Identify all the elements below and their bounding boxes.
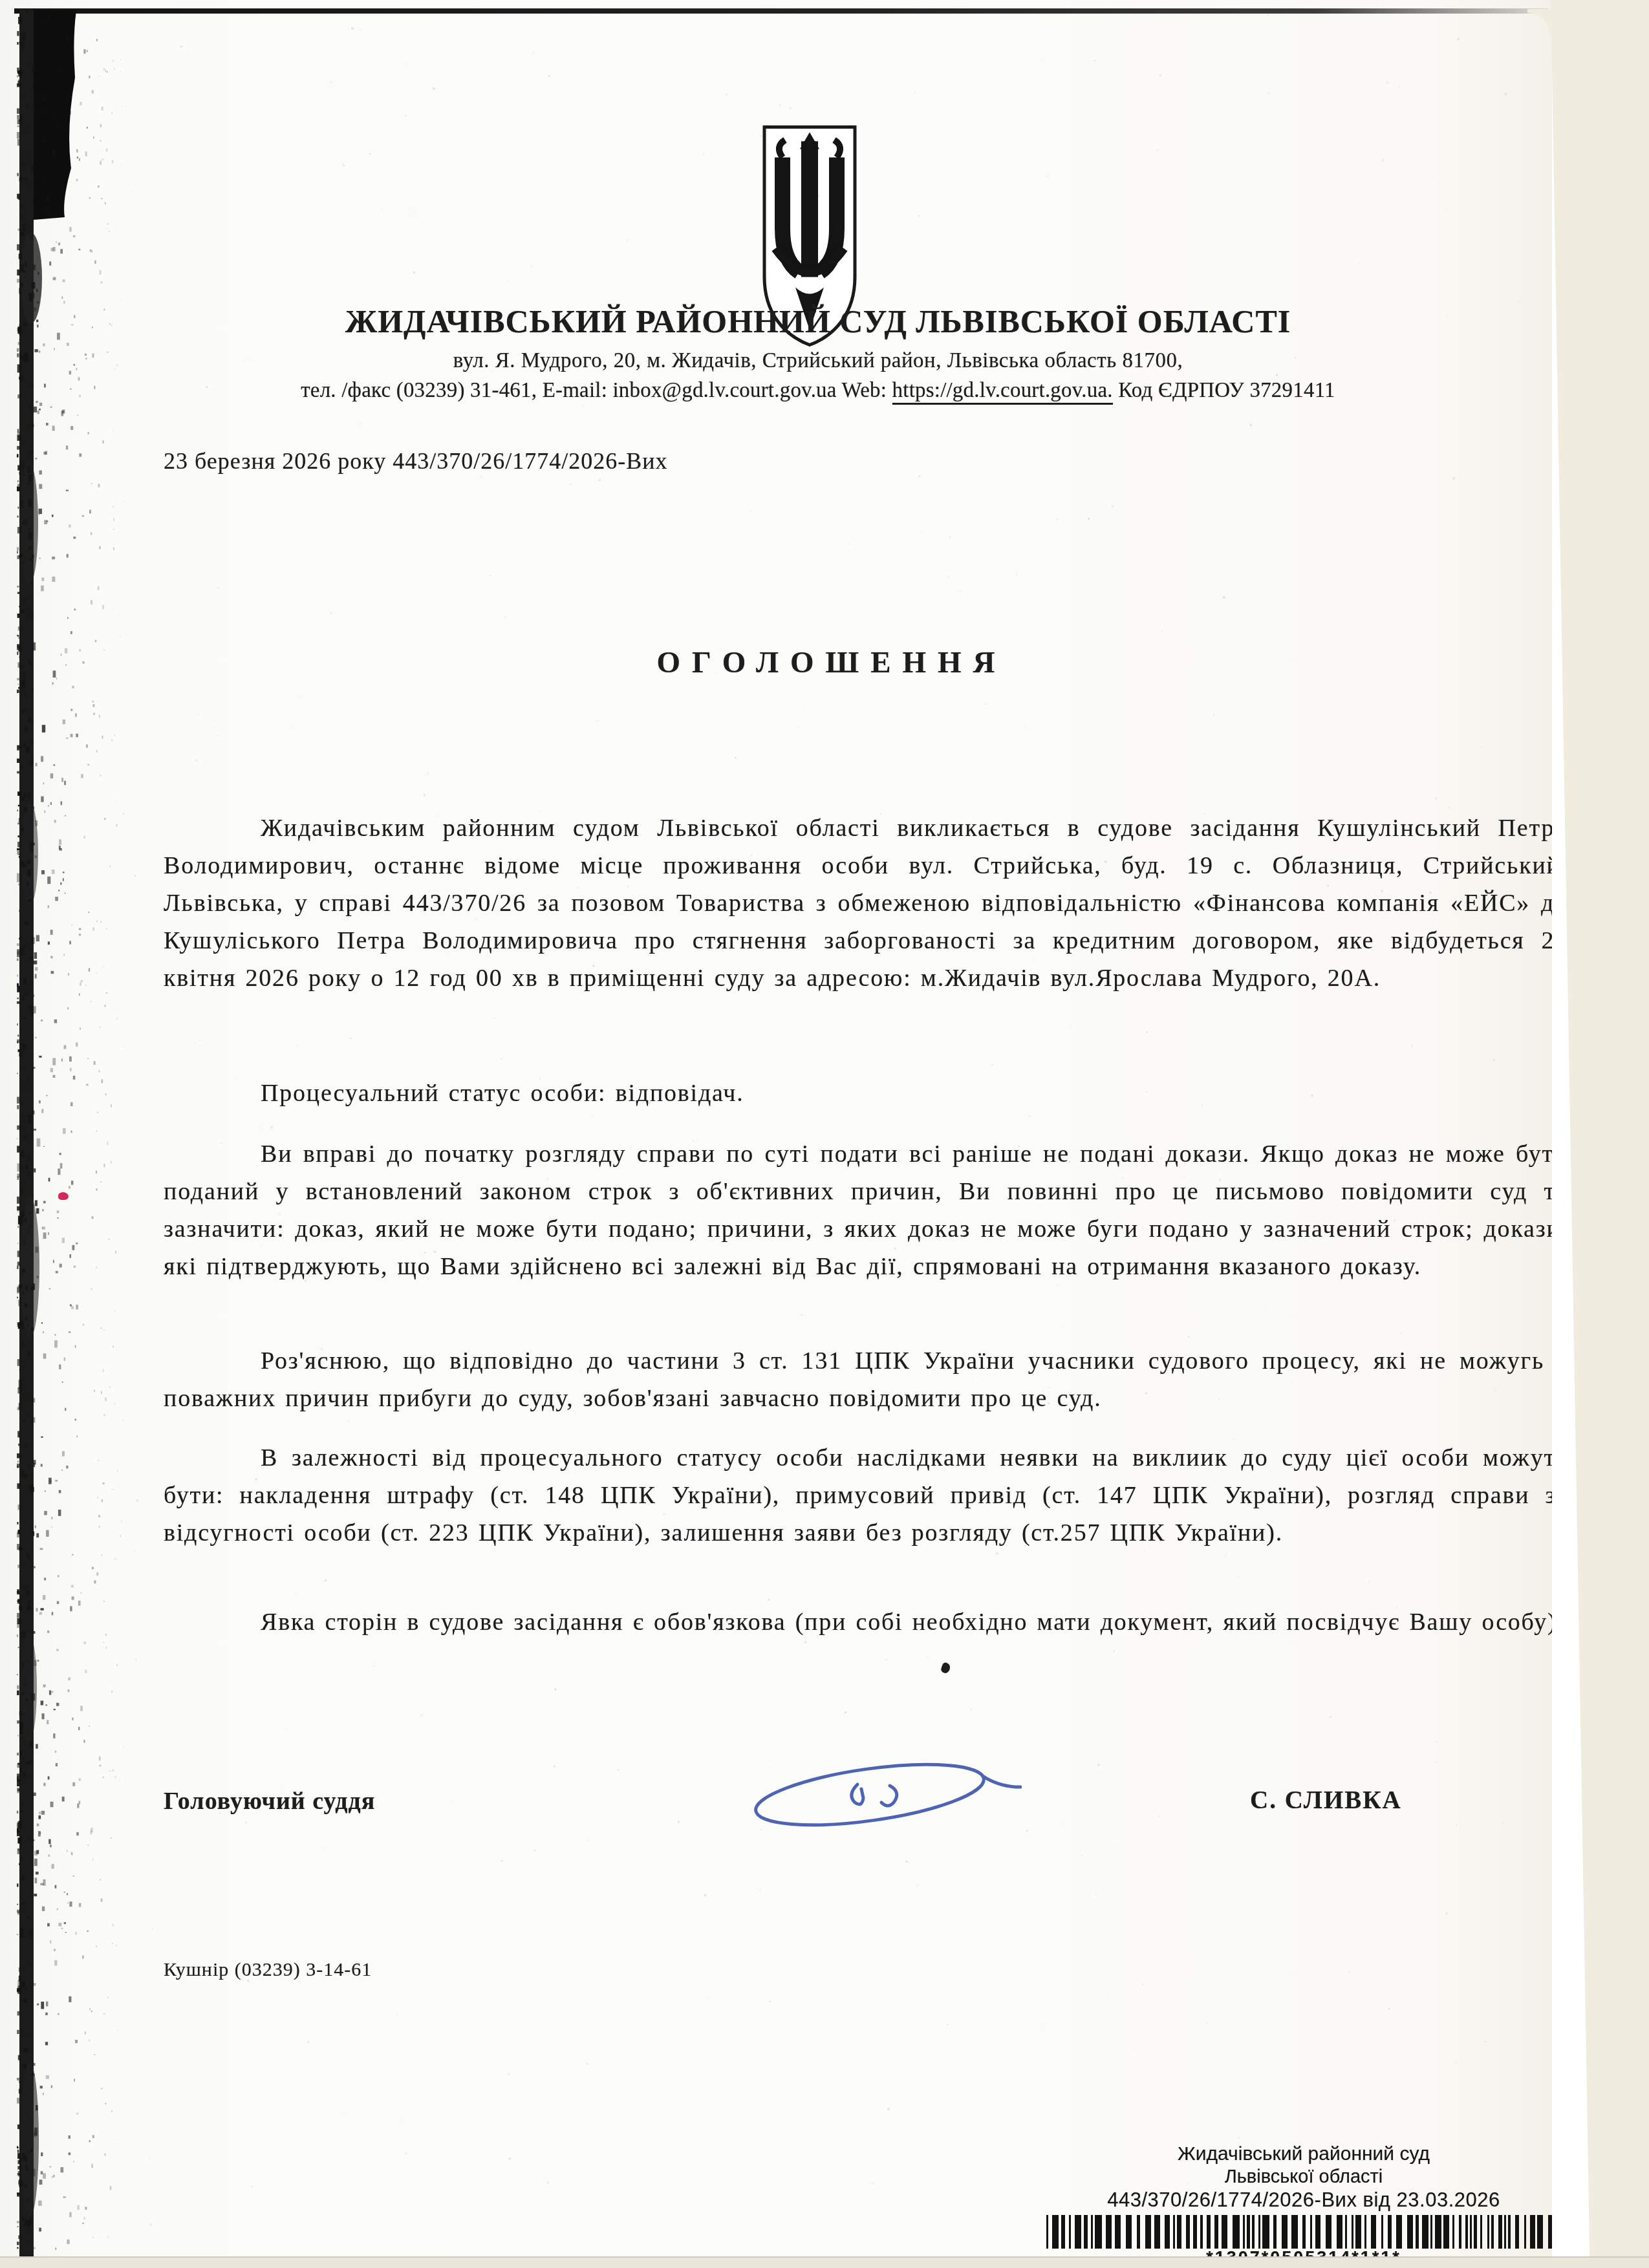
paragraph-summons: Жидачівським районним судом Львівської о…	[164, 809, 1552, 997]
page-corner-curve	[1527, 9, 1553, 35]
date-and-reference-line: 23 березня 2026 року 443/370/26/1774/202…	[164, 447, 668, 475]
scanned-document: ЖИДАЧІВСЬКИЙ РАЙОННИЙ СУД ЛЬВІВСЬКОЇ ОБЛ…	[0, 0, 1649, 2268]
judge-name: С. СЛИВКА	[1250, 1786, 1402, 1815]
clerk-contact-line: Кушнір (03239) 3-14-61	[164, 1959, 372, 1981]
court-edrpou-code: Код ЄДРПОУ 37291411	[1113, 379, 1335, 402]
stamp-court-name: Жидачівський районний суд	[1041, 2143, 1552, 2166]
ink-blot	[940, 1662, 952, 1674]
court-website-link: https://gd.lv.court.gov.ua.	[892, 379, 1113, 405]
scanner-background-bottom	[0, 2256, 1649, 2268]
court-name: ЖИДАЧІВСЬКИЙ РАЙОННИЙ СУД ЛЬВІВСЬКОЇ ОБЛ…	[55, 303, 1552, 340]
court-contacts: тел. /факс (03239) 31-461, E-mail: inbox…	[55, 379, 1552, 403]
red-ink-dot	[58, 1192, 69, 1200]
paragraph-attendance: Явка сторін в судове засідання є обов'яз…	[164, 1603, 1552, 1641]
paragraph-article-131: Роз'яснюю, що відповідно до частини 3 ст…	[164, 1342, 1552, 1417]
document-page: ЖИДАЧІВСЬКИЙ РАЙОННИЙ СУД ЛЬВІВСЬКОЇ ОБЛ…	[0, 0, 1552, 2258]
paragraph-status: Процесуальний статус особи: відповідач.	[164, 1075, 1552, 1112]
court-address: вул. Я. Мудрого, 20, м. Жидачів, Стрийсь…	[55, 349, 1552, 373]
stamp-reference-number: 443/370/26/1774/2026-Вих від 23.03.2026	[1041, 2188, 1552, 2212]
scanner-background-right	[1549, 0, 1649, 2268]
paragraph-consequences: В залежності від процесуального статусу …	[164, 1439, 1552, 1552]
document-title: ОГОЛОШЕННЯ	[129, 645, 1534, 680]
paragraph-evidence: Ви вправі до початку розгляду справи по …	[164, 1135, 1552, 1285]
scan-top-edge	[14, 8, 1548, 14]
barcode	[1046, 2215, 1552, 2249]
outgoing-stamp: Жидачівський районний суд Львівської обл…	[1041, 2143, 1552, 2258]
judge-signature-ink	[731, 1744, 1022, 1857]
presiding-judge-label: Головуючий суддя	[164, 1787, 375, 1815]
court-contact-text: тел. /факс (03239) 31-461, E-mail: inbox…	[301, 379, 892, 402]
stamp-region: Львівської області	[1041, 2166, 1552, 2188]
